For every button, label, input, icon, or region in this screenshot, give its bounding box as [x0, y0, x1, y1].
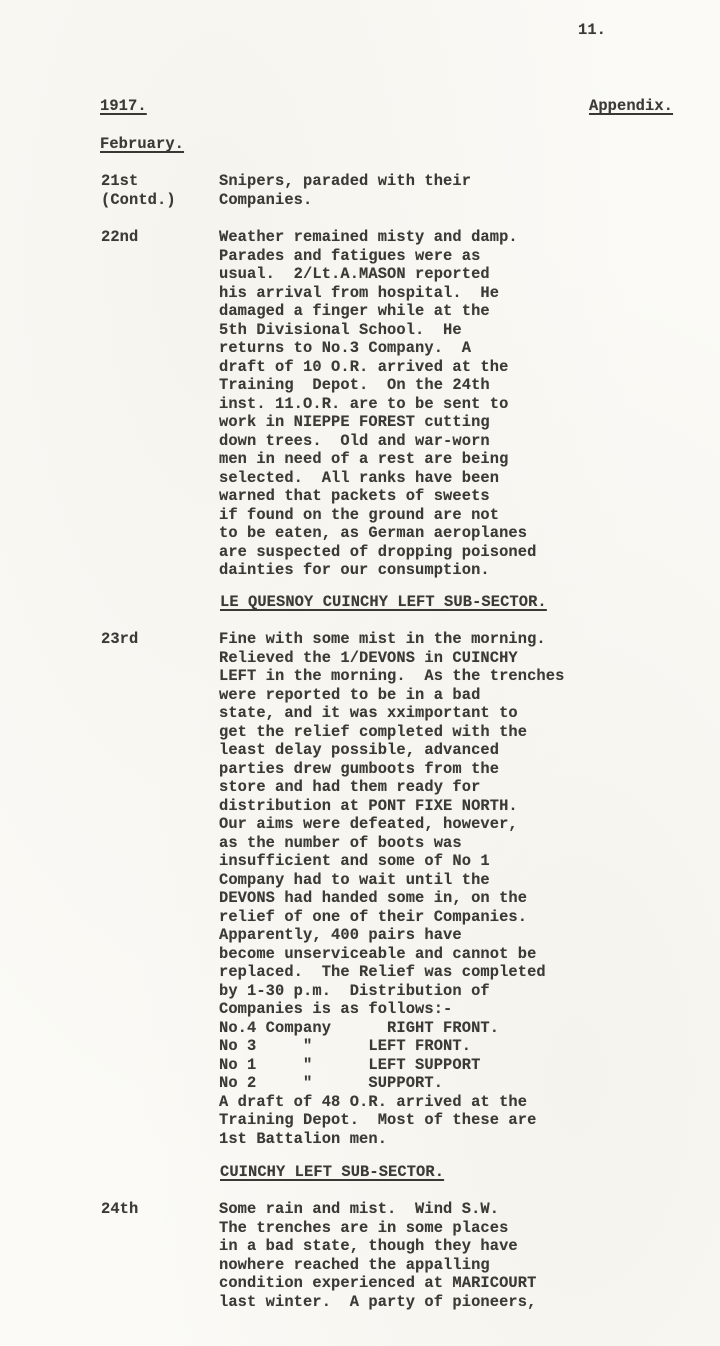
text-line: The trenches are in some places: [219, 1219, 508, 1237]
text-line: are suspected of dropping poisoned: [219, 543, 536, 561]
text-line: if found on the ground are not: [219, 506, 499, 524]
company-cell: No 2 ": [219, 1074, 312, 1092]
text-line: by 1-30 p.m. Distribution of: [219, 982, 490, 1000]
text-line: to be eaten, as German aeroplanes: [219, 524, 527, 542]
section-heading: CUINCHY LEFT SUB-SECTOR.: [220, 1163, 444, 1182]
text-line: were reported to be in a bad: [219, 686, 480, 704]
text-line: down trees. Old and war-worn: [219, 432, 490, 450]
text-line: damaged a finger while at the: [219, 302, 490, 320]
text-line: insufficient and some of No 1: [219, 852, 490, 870]
position-cell: LEFT FRONT.: [368, 1037, 471, 1055]
text-line: Our aims were defeated, however,: [219, 815, 518, 833]
text-line: Weather remained misty and damp.: [219, 228, 518, 246]
text-line: store and had them ready for: [219, 778, 480, 796]
text-line: Training Depot. Most of these are: [219, 1111, 536, 1129]
text-line: state, and it was xximportant to: [219, 704, 518, 722]
text-line: selected. All ranks have been: [219, 469, 499, 487]
text-line: Company had to wait until the: [219, 871, 490, 889]
appendix-heading: Appendix.: [589, 97, 673, 116]
text-line: men in need of a rest are being: [219, 450, 508, 468]
text-line: warned that packets of sweets: [219, 487, 490, 505]
position-cell: SUPPORT.: [368, 1074, 443, 1092]
text-line: Snipers, paraded with their: [219, 172, 471, 190]
text-line: parties drew gumboots from the: [219, 760, 499, 778]
text-line: Companies.: [219, 191, 312, 209]
entry-date: 22nd: [101, 228, 138, 247]
text-line: usual. 2/Lt.A.MASON reported: [219, 265, 490, 283]
text-line: Apparently, 400 pairs have: [219, 926, 462, 944]
section-heading: LE QUESNOY CUINCHY LEFT SUB-SECTOR.: [220, 593, 547, 612]
text-line: DEVONS had handed some in, on the: [219, 889, 527, 907]
entry-text: Weather remained misty and damp. Parades…: [219, 228, 536, 580]
text-line: draft of 10 O.R. arrived at the: [219, 358, 508, 376]
text-line: 1st Battalion men.: [219, 1130, 387, 1148]
year-heading: 1917.: [100, 97, 147, 116]
text-line: 5th Divisional School. He: [219, 321, 462, 339]
text-line: work in NIEPPE FOREST cutting: [219, 413, 490, 431]
month-heading: February.: [100, 135, 184, 154]
text-line: A draft of 48 O.R. arrived at the: [219, 1093, 527, 1111]
text-line: as the number of boots was: [219, 834, 462, 852]
page-number: 11.: [578, 21, 606, 40]
company-cell: No.4 Company: [219, 1019, 331, 1037]
entry-date: 21st (Contd.): [101, 172, 176, 209]
text-line: replaced. The Relief was completed: [219, 963, 546, 981]
entry-text: Some rain and mist. Wind S.W. The trench…: [219, 1200, 536, 1311]
text-line: distribution at PONT FIXE NORTH.: [219, 797, 518, 815]
text-line: returns to No.3 Company. A: [219, 339, 471, 357]
entry-text: Fine with some mist in the morning. Reli…: [219, 630, 564, 1148]
company-cell: No 3 ": [219, 1037, 312, 1055]
text-line: his arrival from hospital. He: [219, 284, 499, 302]
text-line: nowhere reached the appalling: [219, 1256, 490, 1274]
text-line: get the relief completed with the: [219, 723, 527, 741]
text-line: relief of one of their Companies.: [219, 908, 527, 926]
text-line: LEFT in the morning. As the trenches: [219, 667, 564, 685]
date-line: (Contd.): [101, 191, 176, 209]
text-line: Relieved the 1/DEVONS in CUINCHY: [219, 649, 518, 667]
position-cell: RIGHT FRONT.: [387, 1019, 499, 1037]
company-cell: No 1 ": [219, 1056, 312, 1074]
text-line: last winter. A party of pioneers,: [219, 1293, 536, 1311]
text-line: become unserviceable and cannot be: [219, 945, 536, 963]
text-line: Some rain and mist. Wind S.W.: [219, 1200, 499, 1218]
text-line: condition experienced at MARICOURT: [219, 1274, 536, 1292]
entry-text: Snipers, paraded with their Companies.: [219, 172, 471, 209]
text-line: Fine with some mist in the morning.: [219, 630, 546, 648]
text-line: inst. 11.O.R. are to be sent to: [219, 395, 508, 413]
text-line: dainties for our consumption.: [219, 561, 490, 579]
document-page: 11. 1917. Appendix. February. 21st (Cont…: [0, 0, 720, 1346]
text-line: least delay possible, advanced: [219, 741, 499, 759]
text-line: in a bad state, though they have: [219, 1237, 518, 1255]
date-line: 21st: [101, 172, 138, 190]
text-line: Companies is as follows:-: [219, 1000, 452, 1018]
text-line: Training Depot. On the 24th: [219, 376, 490, 394]
entry-date: 24th: [101, 1200, 138, 1219]
entry-date: 23rd: [101, 630, 138, 649]
position-cell: LEFT SUPPORT: [368, 1056, 480, 1074]
text-line: Parades and fatigues were as: [219, 247, 480, 265]
